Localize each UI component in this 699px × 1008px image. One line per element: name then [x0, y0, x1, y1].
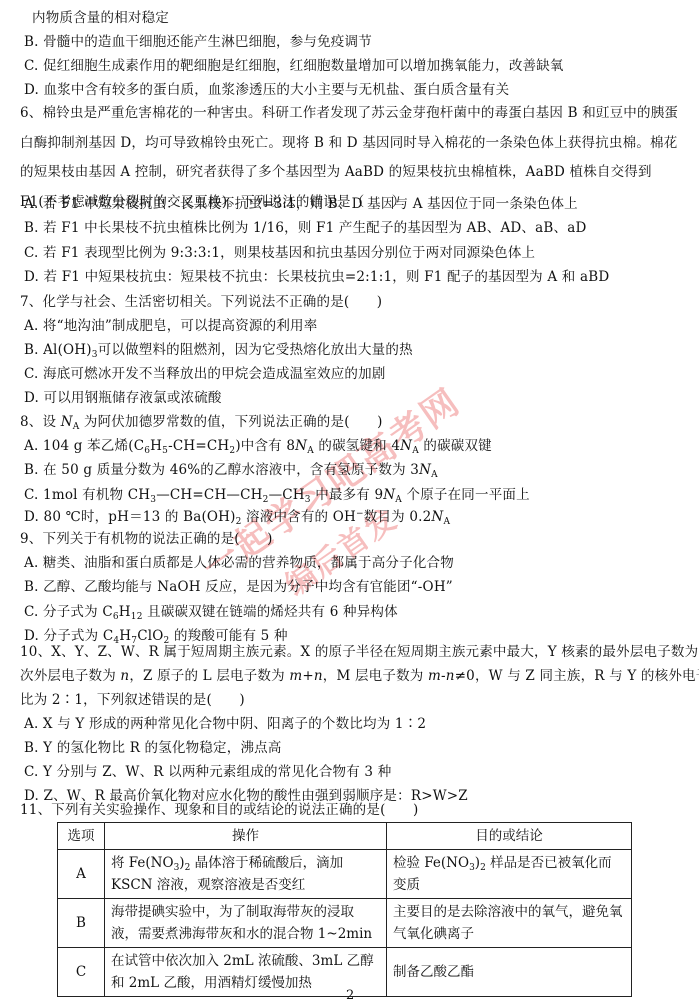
- q7-option-d: D. 可以用钢瓶储存液氯或浓硫酸: [24, 389, 222, 407]
- q11-stem: 11、下列有关实验操作、现象和目的或结论的说法正确的是( ): [20, 801, 418, 819]
- table-cell-key: A: [58, 850, 105, 899]
- table-header-operation: 操作: [105, 823, 387, 850]
- q10-option-c: C. Y 分别与 Z、W、R 以两种元素组成的常见化合物有 3 种: [24, 763, 391, 781]
- q6-option-c: C. 若 F1 表现型比例为 9:3:3:1，则果枝基因和抗虫基因分别位于两对同…: [24, 244, 535, 262]
- table-cell-operation: 海带提碘实验中，为了制取海带灰的浸取液，需要煮沸海带灰和水的混合物 1~2min: [105, 899, 387, 948]
- q5-option-d: D. 血浆中含有较多的蛋白质，血浆渗透压的大小主要与无机盐、蛋白质含量有关: [24, 81, 509, 99]
- table-row: C 在试管中依次加入 2mL 浓硫酸、3mL 乙醇和 2mL 乙酸，用酒精灯缓慢…: [58, 948, 632, 997]
- table-cell-key: B: [58, 899, 105, 948]
- q9-option-c: C. 分子式为 C6H12 且碳碳双键在链端的烯烃共有 6 种异构体: [24, 603, 398, 621]
- q8-stem: 8、设 NA 为阿伏加德罗常数的值，下列说法正确的是( ): [20, 413, 383, 431]
- table-row: B 海带提碘实验中，为了制取海带灰的浸取液，需要煮沸海带灰和水的混合物 1~2m…: [58, 899, 632, 948]
- table-row: A 将 Fe(NO3)2 晶体溶于稀硫酸后，滴加 KSCN 溶液，观察溶液是否变…: [58, 850, 632, 899]
- q5-option-c: C. 促红细胞生成素作用的靶细胞是红细胞，红细胞数量增加可以增加携氧能力，改善缺…: [24, 57, 564, 75]
- q6-option-d: D. 若 F1 中短果枝抗虫：短果枝不抗虫：长果枝抗虫=2:1:1，则 F1 配…: [24, 268, 609, 286]
- q10-option-b: B. Y 的氢化物比 R 的氢化物稳定，沸点高: [24, 739, 282, 757]
- page-number: 2: [346, 988, 354, 1003]
- q6-option-b: B. 若 F1 中长果枝不抗虫植株比例为 1/16，则 F1 产生配子的基因型为…: [24, 219, 586, 237]
- q8-option-c: C. 1mol 有机物 CH3—CH=CH—CH2—CH3 中最多有 9NA 个…: [24, 486, 530, 504]
- q8-option-a: A. 104 g 苯乙烯(C6H5-CH=CH2)中含有 8NA 的碳氢键和 4…: [24, 437, 492, 455]
- q7-option-b: B. Al(OH)3可以做塑料的阻燃剂，因为它受热熔化放出大量的热: [24, 341, 413, 359]
- q5-option-b: B. 骨髓中的造血干细胞还能产生淋巴细胞，参与免疫调节: [24, 33, 372, 51]
- q9-option-a: A. 糖类、油脂和蛋白质都是人体必需的营养物质，都属于高分子化合物: [24, 554, 454, 572]
- q8-option-b: B. 在 50 g 质量分数为 46%的乙醇水溶液中，含有氢原子数为 3NA: [24, 461, 438, 479]
- q6-option-a: A. 若 F1 中短果枝抗虫：长果枝不抗虫=3:1，则 B、D 基因与 A 基因…: [24, 195, 578, 213]
- q7-stem: 7、化学与社会、生活密切相关。下列说法不正确的是( ): [20, 293, 382, 311]
- table-cell-conclusion: 检验 Fe(NO3)2 样品是否已被氧化而变质: [387, 850, 632, 899]
- q10-stem-line-3: 比为 2∶1，下列叙述错误的是( ): [20, 691, 245, 709]
- table-cell-key: C: [58, 948, 105, 997]
- q7-option-a: A. 将“地沟油”制成肥皂，可以提高资源的利用率: [24, 317, 317, 335]
- q5-continuation: 内物质含量的相对稳定: [32, 9, 169, 27]
- q9-stem: 9、下列关于有机物的说法正确的是( ): [20, 530, 273, 548]
- q9-option-b: B. 乙醇、乙酸均能与 NaOH 反应，是因为分子中均含有官能团“-OH”: [24, 578, 453, 596]
- table-header-conclusion: 目的或结论: [387, 823, 632, 850]
- q8-option-d: D. 80 ℃时，pH＝13 的 Ba(OH)2 溶液中含有的 OH−数目为 0…: [24, 508, 450, 526]
- table-header-row: 选项 操作 目的或结论: [58, 823, 632, 850]
- q10-option-a: A. X 与 Y 形成的两种常见化合物中阴、阳离子的个数比均为 1∶2: [24, 715, 426, 733]
- table-cell-operation: 在试管中依次加入 2mL 浓硫酸、3mL 乙醇和 2mL 乙酸，用酒精灯缓慢加热: [105, 948, 387, 997]
- q10-stem-line-1: 10、X、Y、Z、W、R 属于短周期主族元素。X 的原子半径在短周期主族元素中最…: [20, 643, 699, 661]
- table-cell-conclusion: 主要目的是去除溶液中的氧气，避免氧气氧化碘离子: [387, 899, 632, 948]
- table-header-option: 选项: [58, 823, 105, 850]
- table-cell-conclusion: 制备乙酸乙酯: [387, 948, 632, 997]
- q10-stem-line-2: 次外层电子数为 n，Z 原子的 L 层电子数为 m+n，M 层电子数为 m-n≠…: [20, 667, 699, 685]
- experiment-table: 选项 操作 目的或结论 A 将 Fe(NO3)2 晶体溶于稀硫酸后，滴加 KSC…: [57, 822, 632, 997]
- q7-option-c: C. 海底可燃冰开发不当释放出的甲烷会造成温室效应的加剧: [24, 365, 386, 383]
- table-cell-operation: 将 Fe(NO3)2 晶体溶于稀硫酸后，滴加 KSCN 溶液，观察溶液是否变红: [105, 850, 387, 899]
